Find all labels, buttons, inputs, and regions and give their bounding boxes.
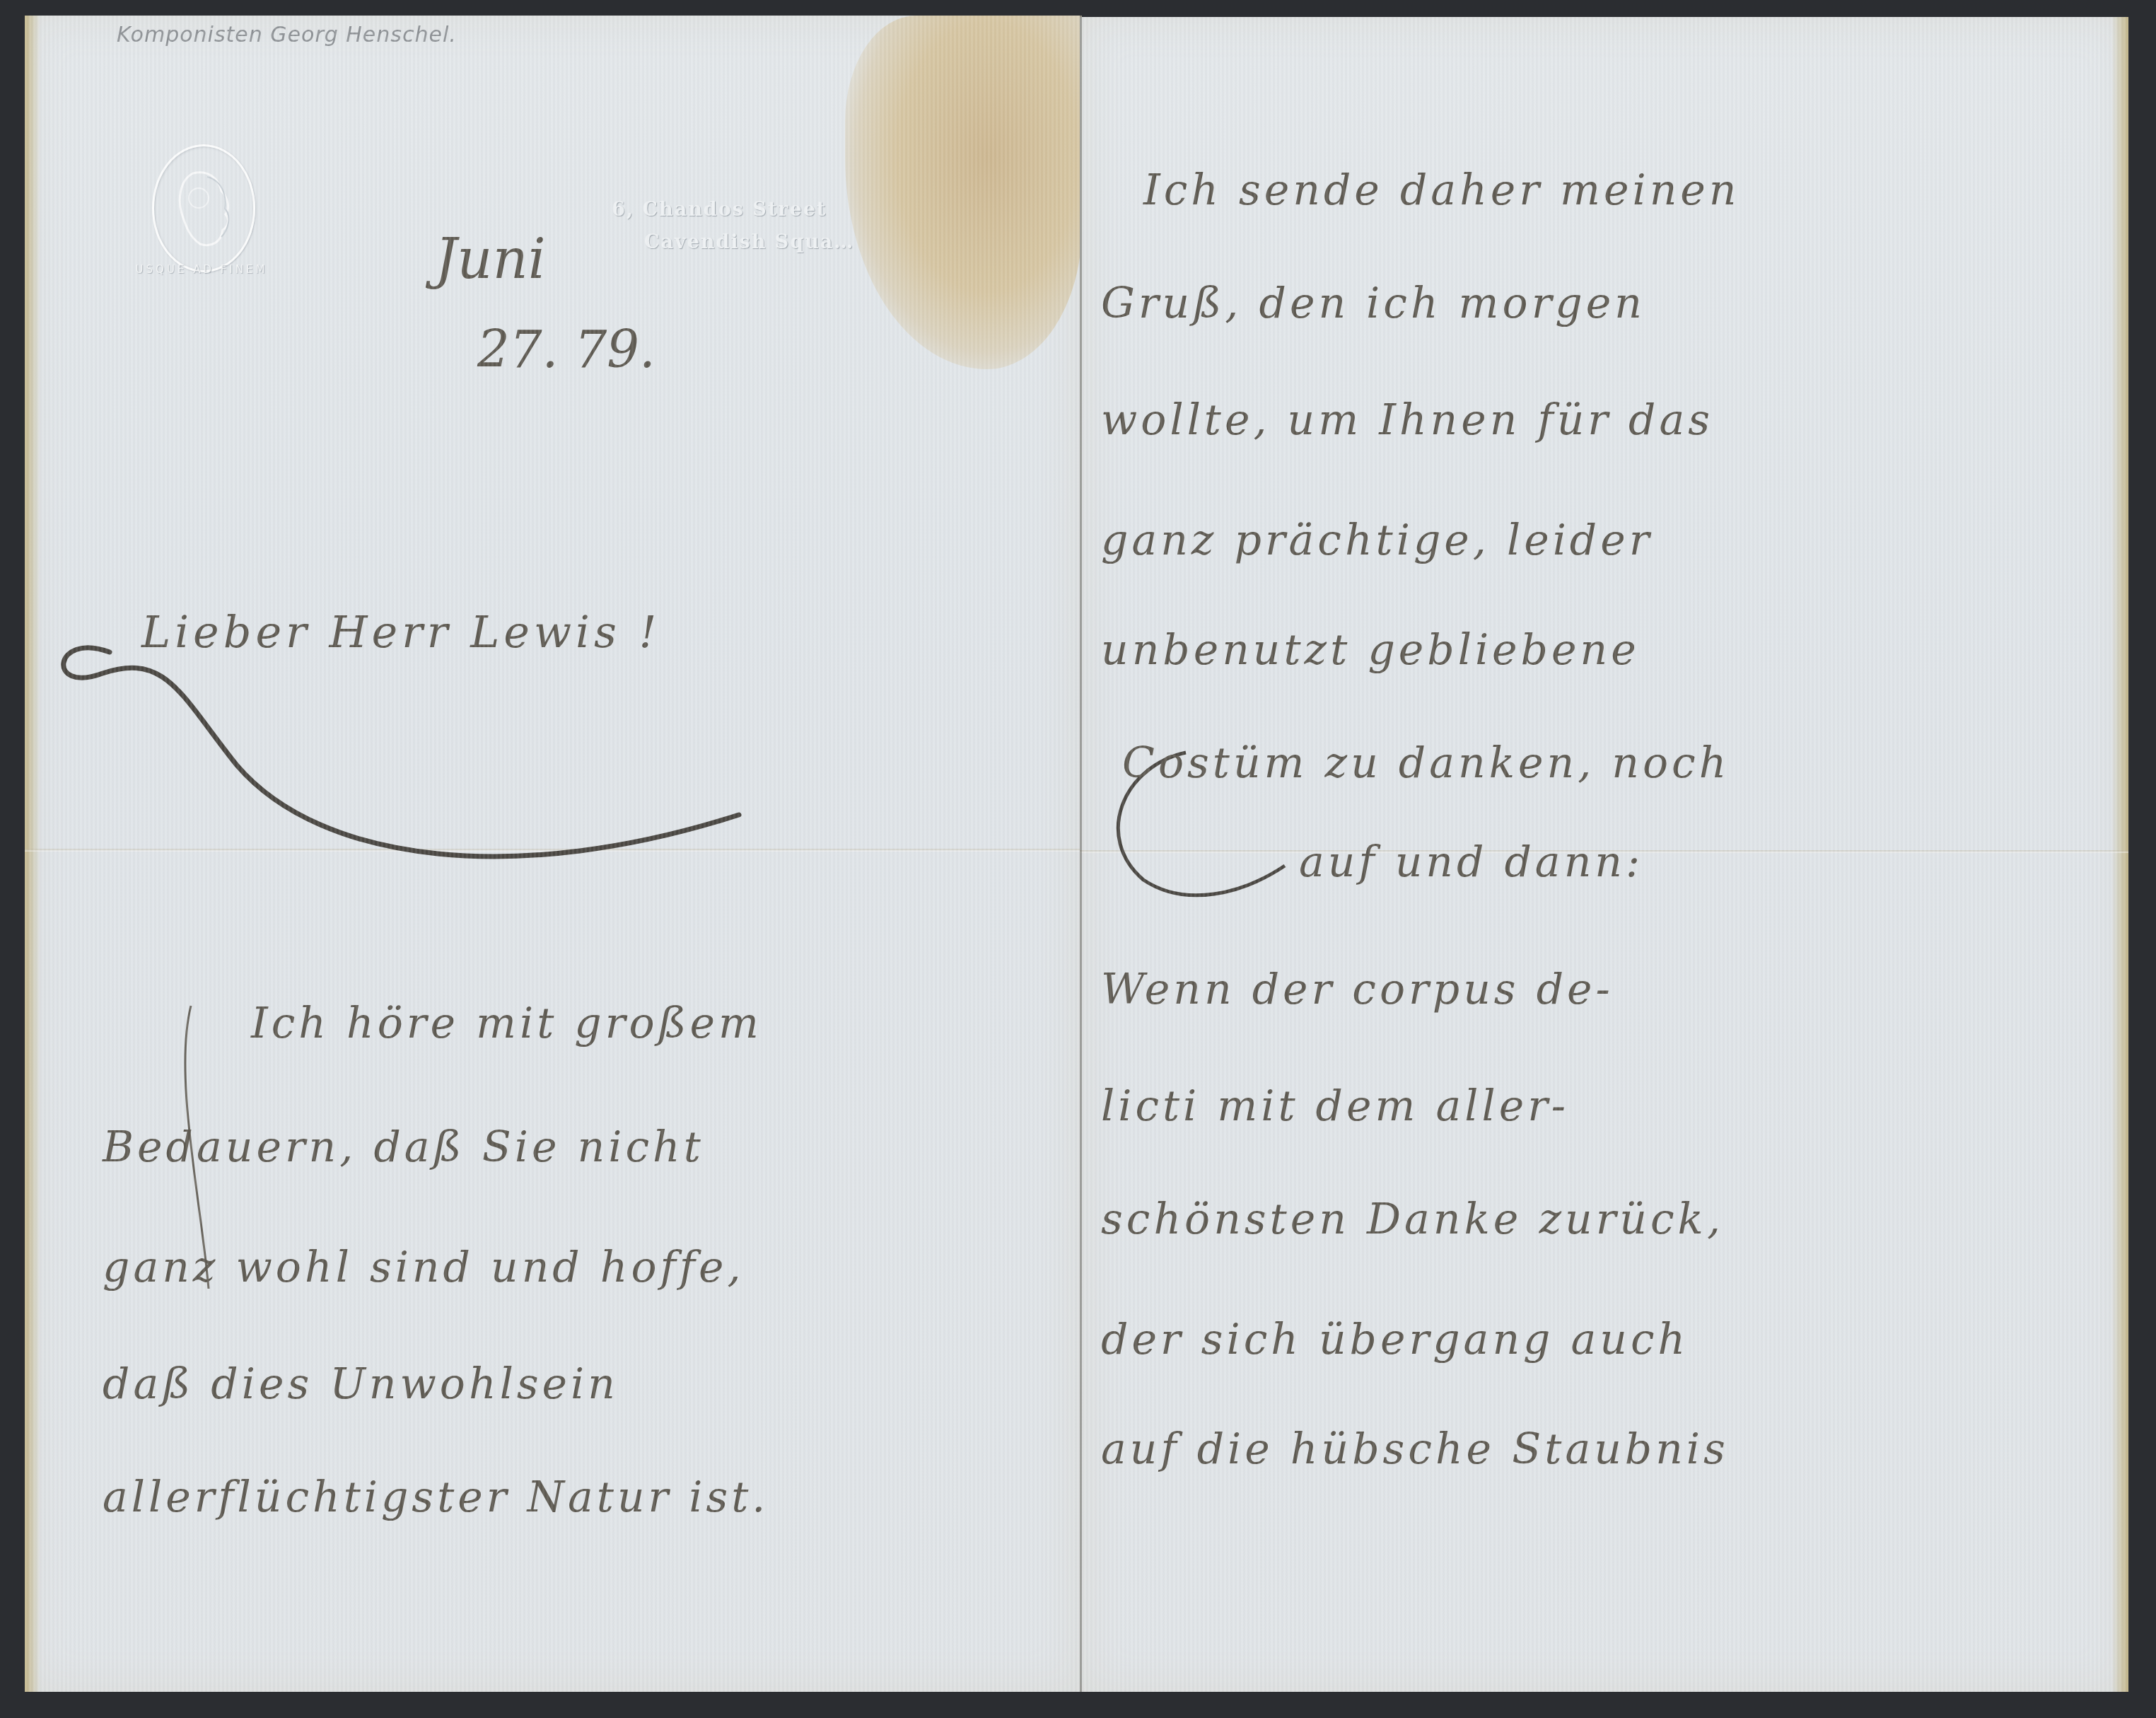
body-line: ganz wohl sind und hoffe,: [103, 1243, 745, 1292]
body-line: schönsten Danke zurück,: [1101, 1195, 1724, 1244]
body-line: auf die hübsche Staubnis: [1101, 1424, 1729, 1474]
letterhead-line-2: Cavendish Squa…: [612, 226, 951, 259]
body-line: wollte, um Ihnen für das: [1101, 395, 1713, 445]
body-line: Bedauern, daß Sie nicht: [103, 1122, 704, 1172]
body-line: ganz prächtige, leider: [1101, 516, 1653, 565]
fold-crease: [25, 849, 1082, 852]
letter-page-right: Ich sende daher meinen Gruß, den ich mor…: [1080, 17, 2128, 1692]
date-day-year: 27. 79.: [477, 320, 655, 379]
body-line: daß dies Unwohlsein: [103, 1359, 619, 1409]
letterhead-address: 6, Chandos Street Cavendish Squa…: [612, 194, 951, 259]
body-line: der sich übergang auch: [1101, 1315, 1689, 1364]
edge-stain: [25, 16, 40, 1692]
body-line: unbenutzt gebliebene: [1101, 625, 1640, 675]
body-line: Costüm zu danken, noch: [1122, 738, 1730, 788]
page-spine: [1080, 17, 1082, 1692]
letterhead-line-1: 6, Chandos Street: [612, 194, 951, 226]
pencil-annotation: Komponisten Georg Henschel.: [117, 23, 457, 47]
body-line: Ich höre mit großem: [251, 999, 762, 1048]
letter-page-left: Komponisten Georg Henschel. USQUE AD FIN…: [25, 16, 1082, 1692]
water-stain: [845, 16, 1082, 369]
body-line: Wenn der corpus de-: [1101, 965, 1614, 1014]
edge-stain: [2111, 17, 2128, 1692]
portrait-profile-icon: [165, 159, 243, 258]
body-line: Gruß, den ich morgen: [1101, 279, 1645, 328]
body-line: allerflüchtigster Natur ist.: [103, 1473, 769, 1522]
date-month: Juni: [435, 228, 546, 291]
body-line: Ich sende daher meinen: [1143, 166, 1740, 215]
body-line: licti mit dem aller-: [1101, 1081, 1569, 1131]
body-line: auf und dann:: [1299, 837, 1643, 887]
salutation: Lieber Herr Lewis !: [141, 606, 660, 658]
embossed-cameo-portrait-icon: [152, 144, 255, 272]
seal-motto: USQUE AD FINEM: [131, 263, 272, 276]
